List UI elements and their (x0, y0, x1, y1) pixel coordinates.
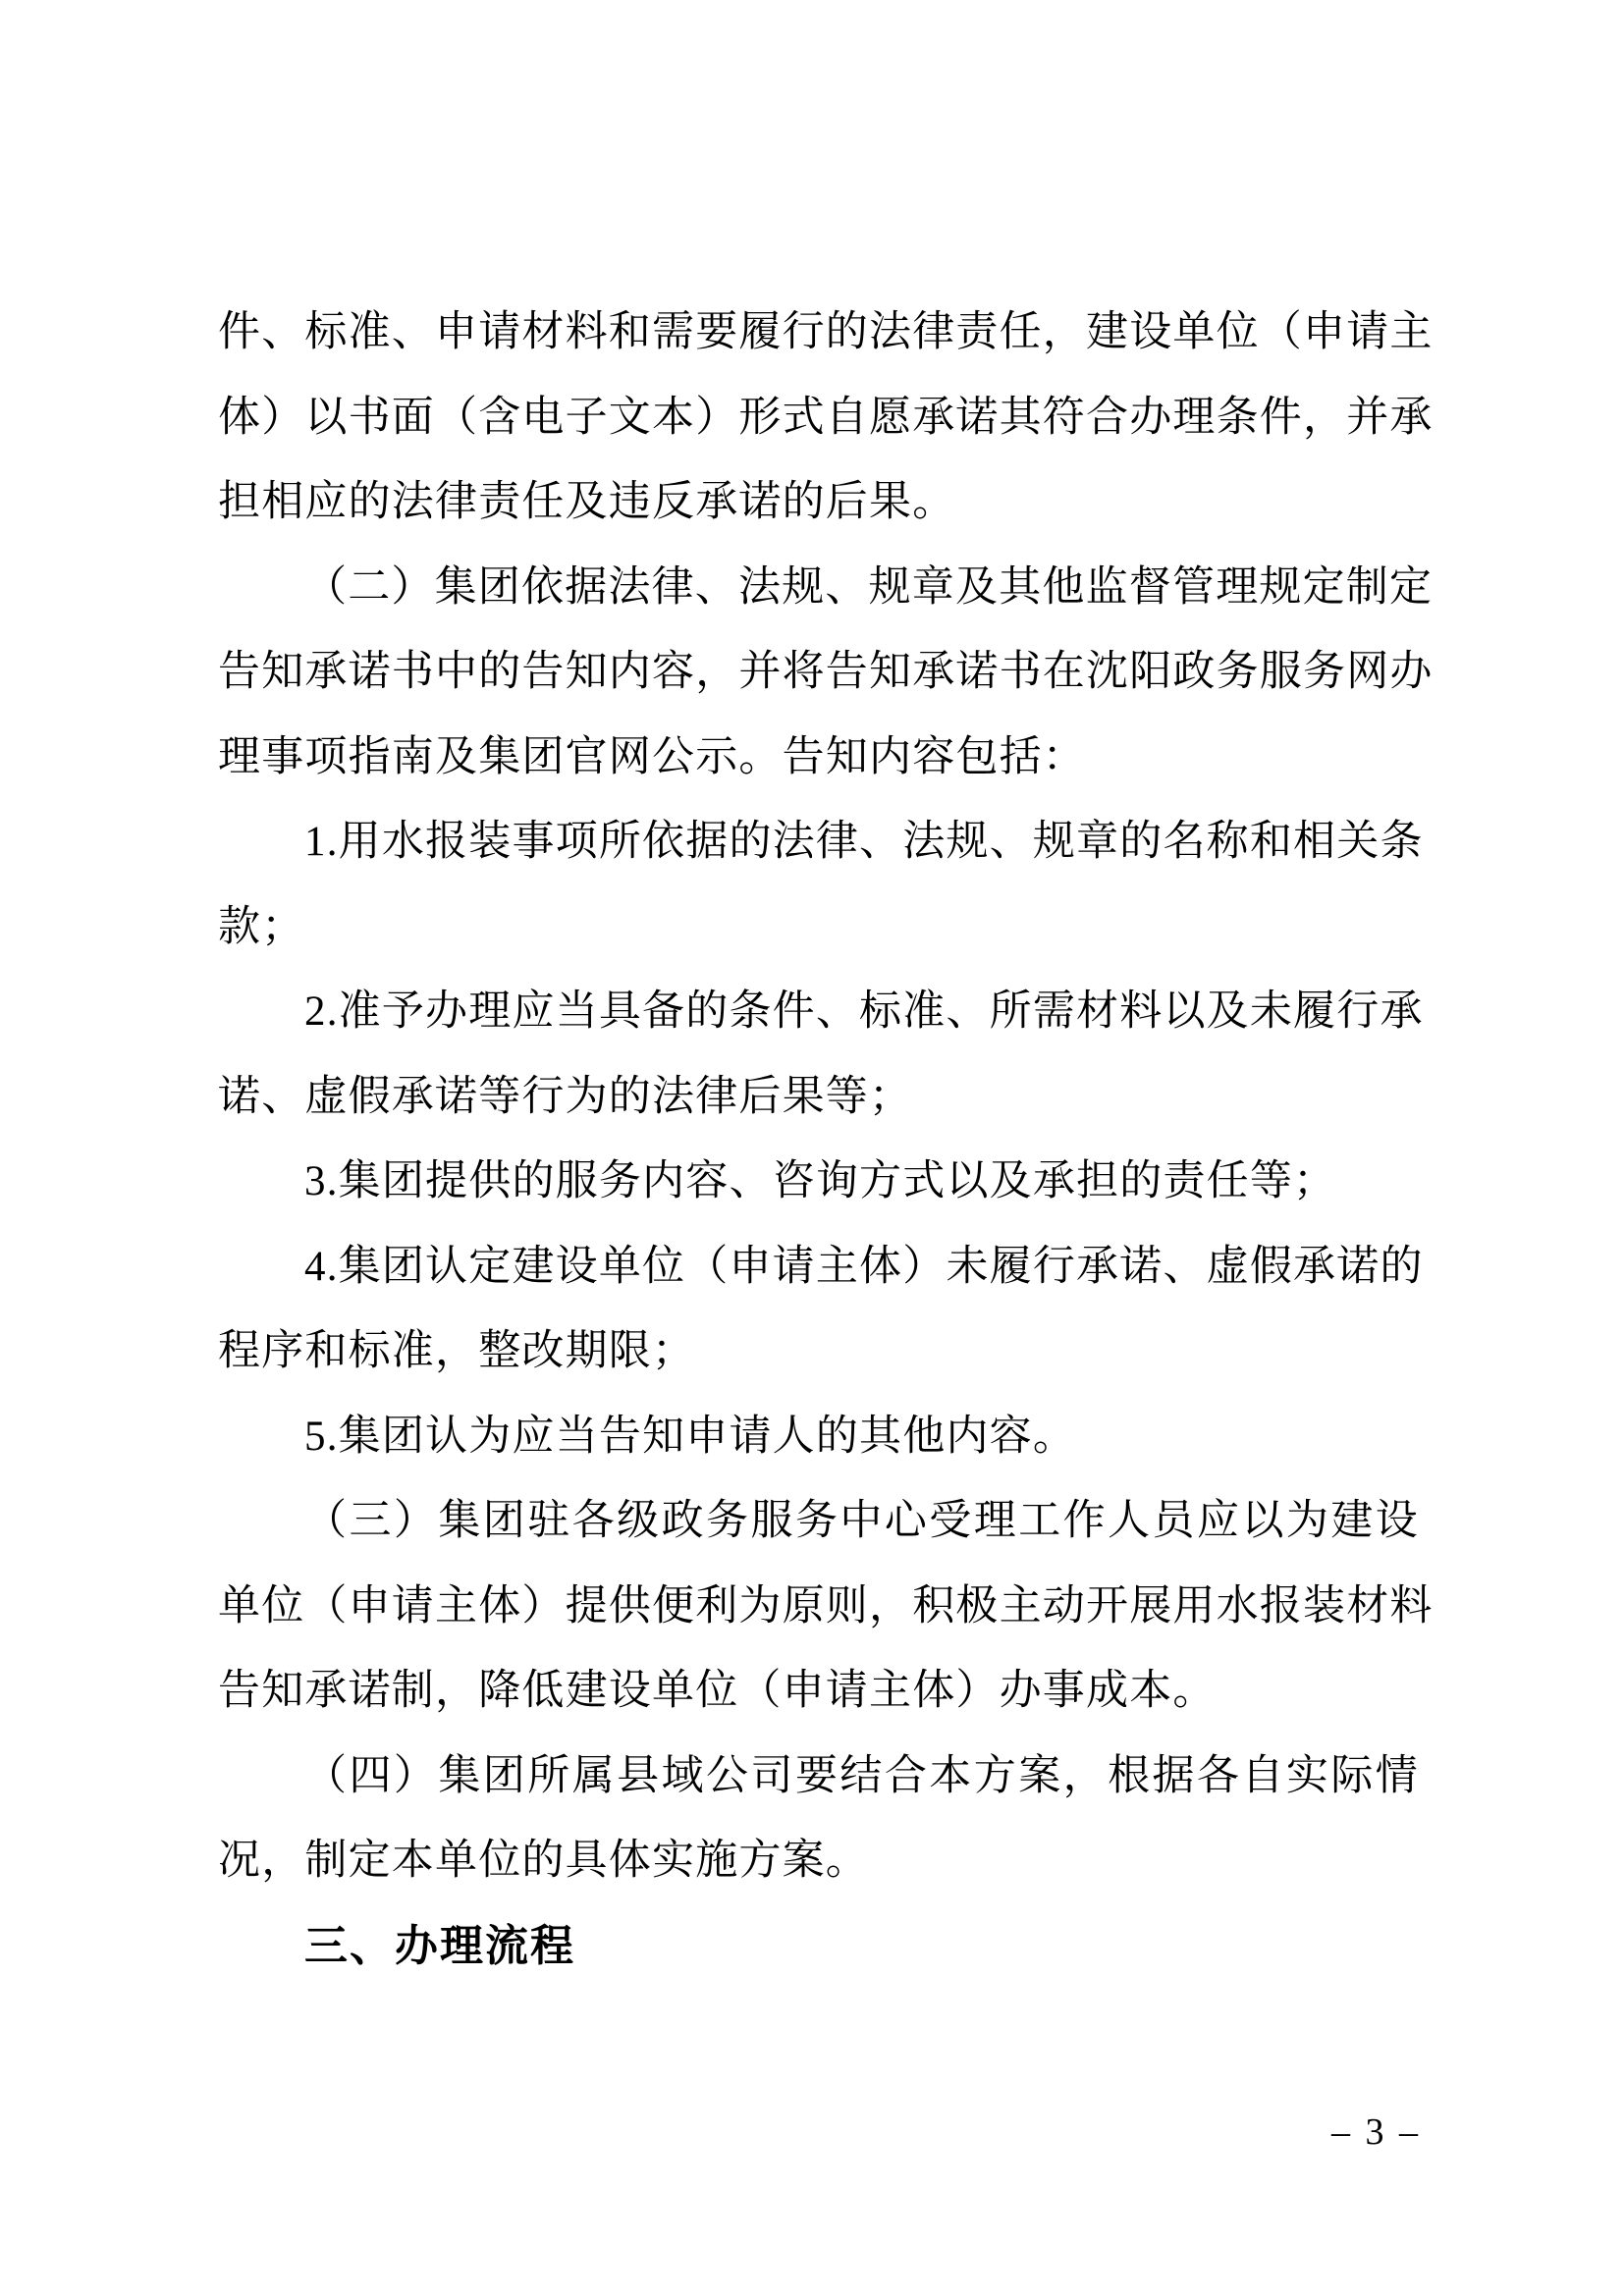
document-page: 件、标准、申请材料和需要履行的法律责任，建设单位（申请主体）以书面（含电子文本）… (0, 0, 1624, 2296)
text-line: （四）集团所属县域公司要结合本方案，根据各自实际情 (218, 1735, 1419, 1820)
text-line: 5.集团认为应当告知申请人的其他内容。 (218, 1395, 1419, 1480)
text-line: 告知承诺制，降低建设单位（申请主体）办事成本。 (218, 1649, 1419, 1735)
page-number: – 3 – (1311, 2110, 1438, 2154)
text-line: 理事项指南及集团官网公示。告知内容包括： (218, 716, 1419, 801)
text-line: 况，制定本单位的具体实施方案。 (218, 1819, 1419, 1904)
text-line: 诺、虚假承诺等行为的法律后果等； (218, 1055, 1419, 1141)
text-line: （二）集团依据法律、法规、规章及其他监督管理规定制定 (218, 546, 1419, 631)
text-line: 单位（申请主体）提供便利为原则，积极主动开展用水报装材料 (218, 1565, 1419, 1650)
text-line: 3.集团提供的服务内容、咨询方式以及承担的责任等； (218, 1140, 1419, 1225)
text-line: 1.用水报装事项所依据的法律、法规、规章的名称和相关条 (218, 800, 1419, 885)
document-body: 件、标准、申请材料和需要履行的法律责任，建设单位（申请主体）以书面（含电子文本）… (218, 291, 1419, 1989)
text-line: 体）以书面（含电子文本）形式自愿承诺其符合办理条件，并承 (218, 376, 1419, 461)
section-heading: 三、办理流程 (218, 1904, 1419, 1990)
text-line: 2.准予办理应当具备的条件、标准、所需材料以及未履行承 (218, 970, 1419, 1055)
text-line: （三）集团驻各级政务服务中心受理工作人员应以为建设 (218, 1479, 1419, 1565)
text-line: 告知承诺书中的告知内容，并将告知承诺书在沈阳政务服务网办 (218, 630, 1419, 716)
text-line: 款； (218, 885, 1419, 971)
text-line: 件、标准、申请材料和需要履行的法律责任，建设单位（申请主 (218, 291, 1419, 376)
text-line: 担相应的法律责任及违反承诺的后果。 (218, 460, 1419, 546)
text-line: 程序和标准，整改期限； (218, 1309, 1419, 1395)
text-line: 4.集团认定建设单位（申请主体）未履行承诺、虚假承诺的 (218, 1225, 1419, 1310)
